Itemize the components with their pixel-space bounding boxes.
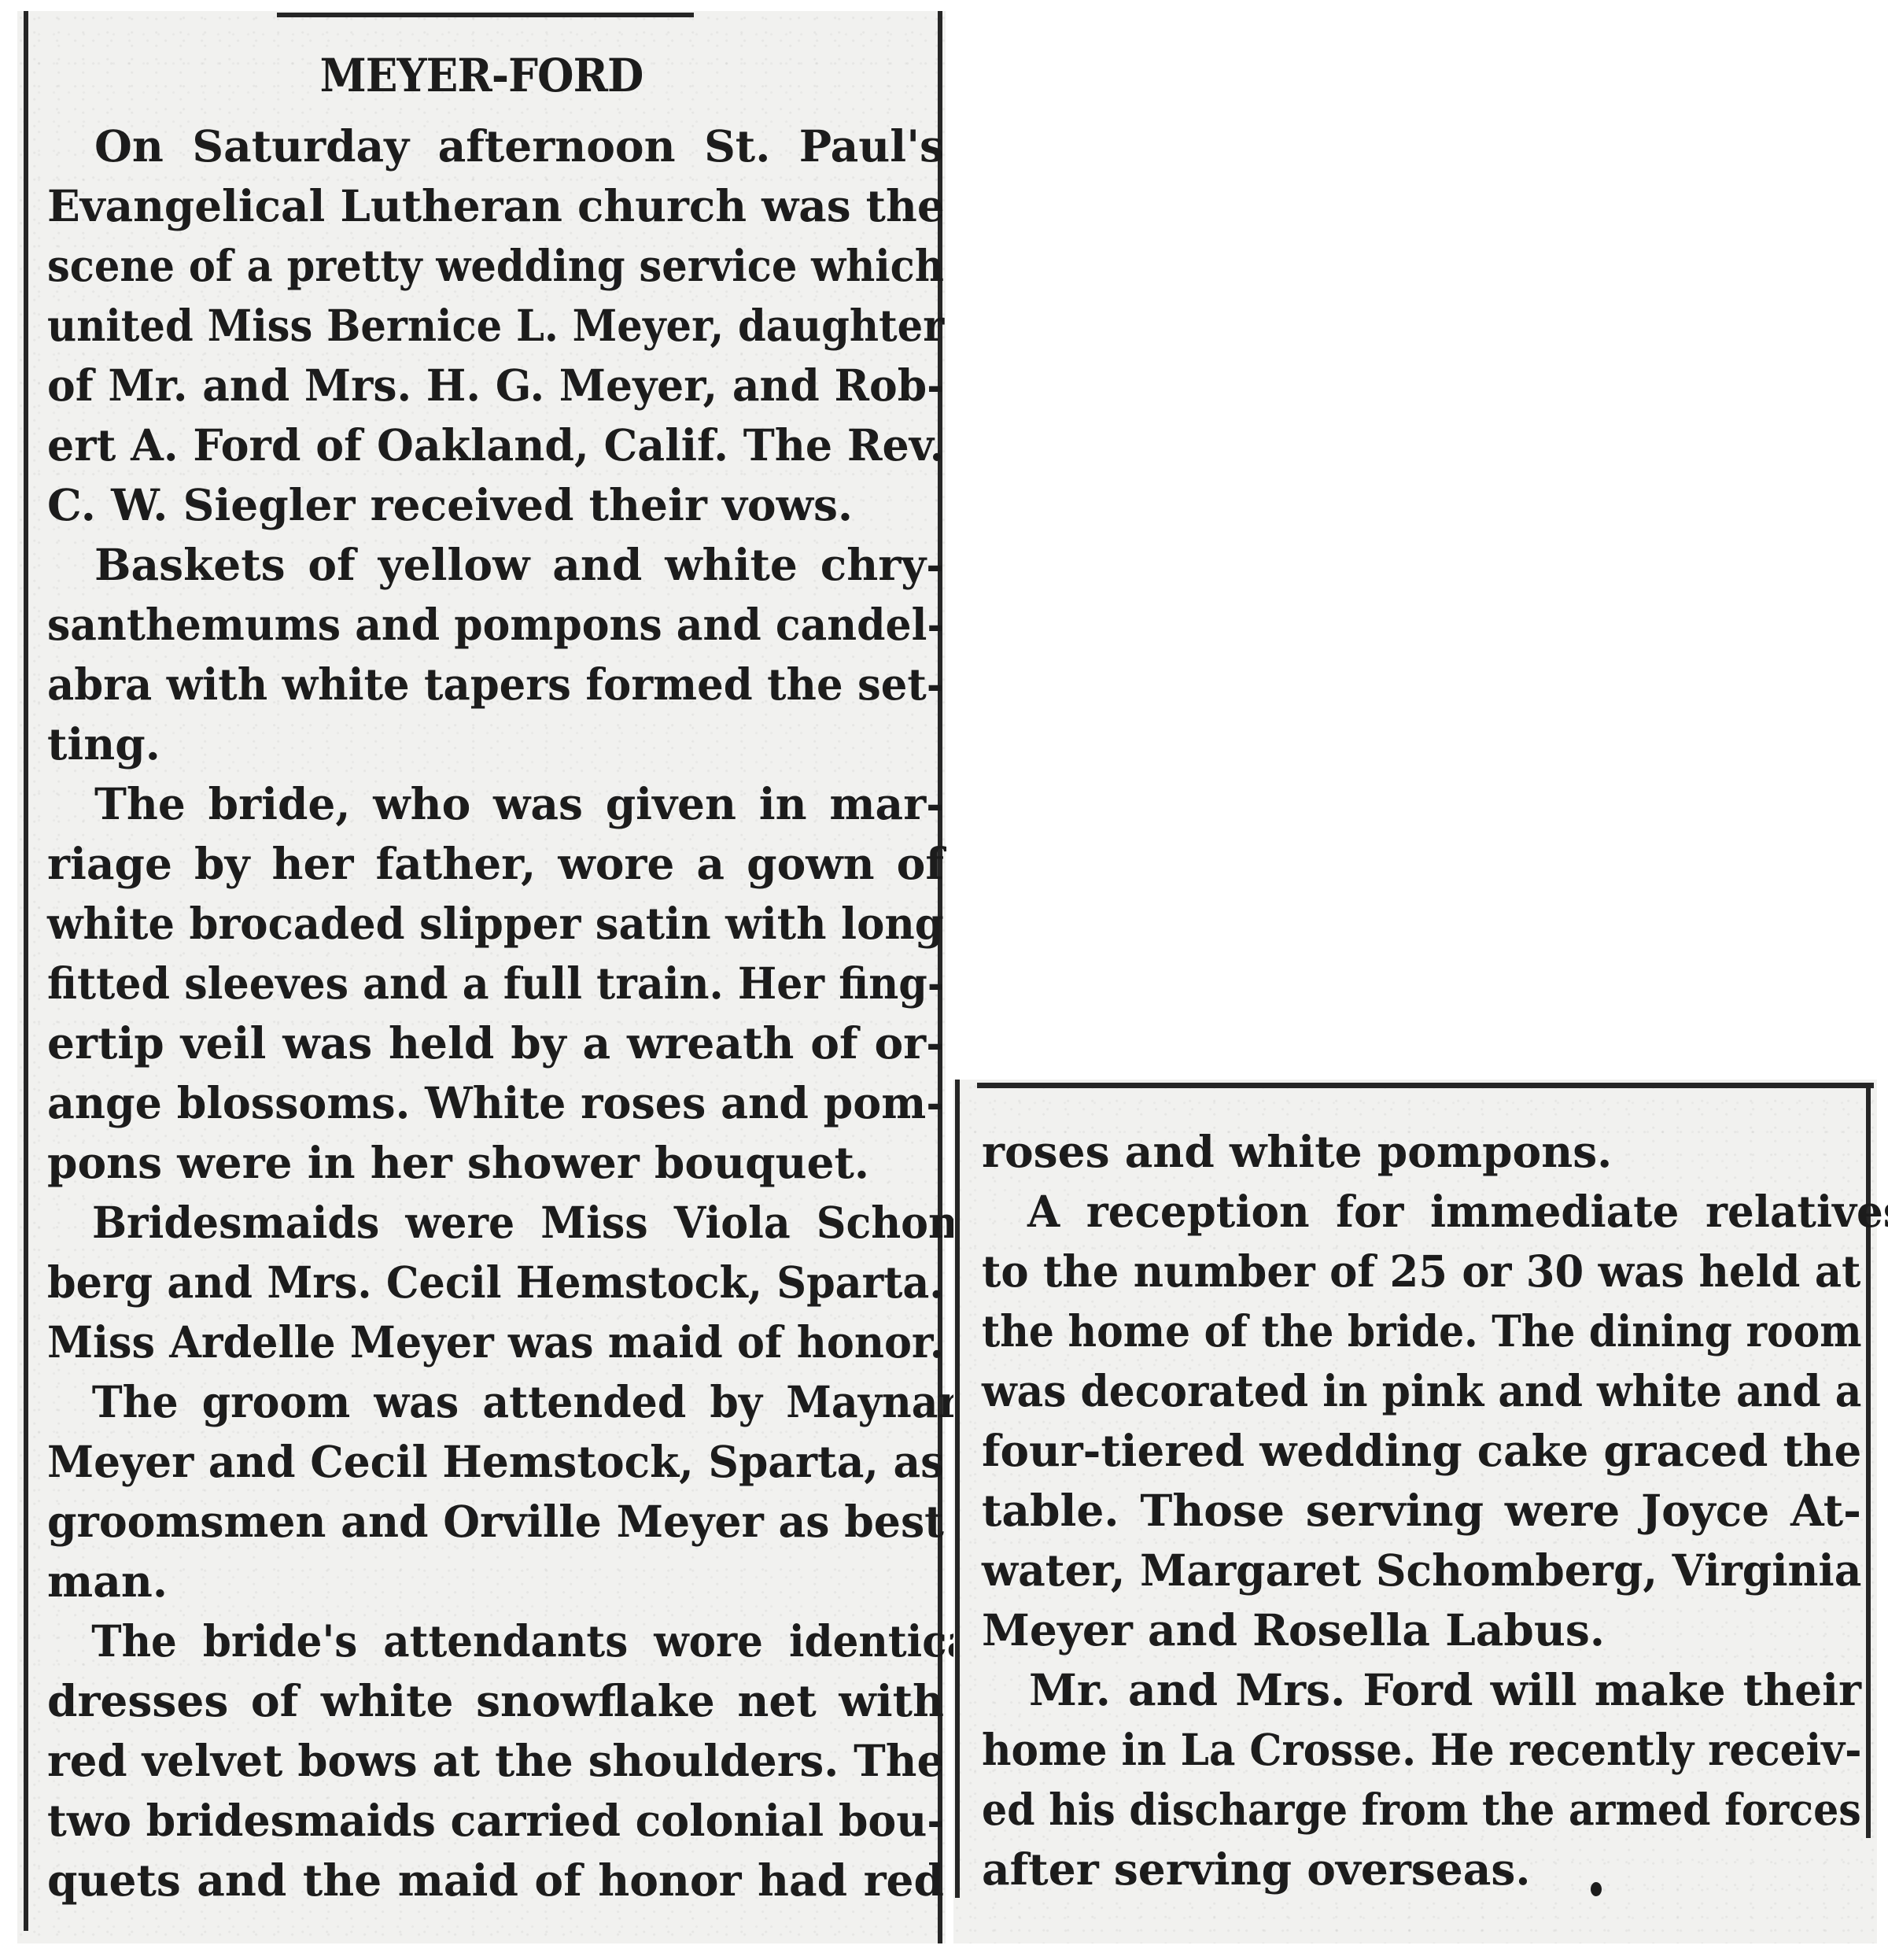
text-line: red velvet bows at the shoulders. The	[47, 1731, 944, 1791]
text-line: ert A. Ford of Oakland, Calif. The Rev.	[47, 415, 944, 475]
text-line: fitted sleeves and a full train. Her fin…	[47, 954, 944, 1013]
text-line: The groom was attended by Maynard	[47, 1372, 988, 1432]
text-line: roses and white pompons.	[982, 1122, 1861, 1182]
text-line: ertip veil was held by a wreath of or-	[47, 1013, 944, 1073]
ink-speck	[1591, 1882, 1602, 1896]
text-line: after serving overseas.	[982, 1840, 1861, 1899]
text-line: united Miss Bernice L. Meyer, daughter	[47, 296, 944, 356]
text-line: the home of the bride. The dining room	[982, 1301, 1861, 1361]
text-line: water, Margaret Schomberg, Virginia	[982, 1541, 1861, 1600]
top-rule	[277, 13, 694, 17]
clipping-right-column: roses and white pompons.A reception for …	[953, 1080, 1877, 1943]
text-line: riage by her father, wore a gown of	[47, 834, 944, 894]
clipping-left-column: MEYER-FORD On Saturday afternoon St. Pau…	[17, 11, 946, 1943]
text-line: groomsmen and Orville Meyer as best	[47, 1492, 944, 1552]
text-line: was decorated in pink and white and a	[982, 1361, 1861, 1421]
text-line: abra with white tapers formed the set-	[47, 655, 944, 714]
article-headline: MEYER-FORD	[54, 49, 909, 102]
text-line: berg and Mrs. Cecil Hemstock, Sparta.	[47, 1253, 944, 1312]
text-line: man.	[47, 1552, 944, 1611]
text-line: Mr. and Mrs. Ford will make their	[982, 1660, 1861, 1720]
text-line: to the number of 25 or 30 was held at	[982, 1242, 1860, 1301]
right-column-rule-left	[955, 1080, 960, 1898]
text-line: On Saturday afternoon St. Paul's	[47, 116, 944, 176]
text-line: two bridesmaids carried colonial bou-	[47, 1791, 944, 1851]
text-line: pons were in her shower bouquet.	[47, 1133, 944, 1193]
text-line: santhemums and pompons and candel-	[47, 595, 944, 655]
left-column-rule-left	[24, 11, 28, 1931]
text-line: The bride's attendants wore identical	[47, 1611, 989, 1671]
text-line: white brocaded slipper satin with long	[47, 894, 944, 954]
text-line: dresses of white snowflake net with	[47, 1671, 944, 1731]
text-line: home in La Crosse. He recently receiv-	[982, 1720, 1861, 1780]
text-line: Baskets of yellow and white chry-	[47, 535, 944, 595]
text-line: ed his discharge from the armed forces	[982, 1780, 1861, 1840]
text-line: scene of a pretty wedding service which	[47, 236, 944, 296]
text-line: four-tiered wedding cake graced the	[982, 1421, 1861, 1481]
text-line: A reception for immediate relatives	[982, 1182, 1888, 1242]
text-line: ange blossoms. White roses and pom-	[47, 1073, 944, 1133]
text-line: The bride, who was given in mar-	[47, 774, 944, 834]
text-line: Evangelical Lutheran church was the	[47, 176, 944, 236]
text-line: ting.	[47, 714, 944, 774]
text-line: C. W. Siegler received their vows.	[47, 475, 944, 535]
article-body-right: roses and white pompons.A reception for …	[982, 1122, 1861, 1899]
text-line: Meyer and Rosella Labus.	[982, 1600, 1861, 1660]
text-line: Meyer and Cecil Hemstock, Sparta, as	[47, 1432, 944, 1492]
text-line: table. Those serving were Joyce At-	[982, 1481, 1861, 1541]
text-line: Bridesmaids were Miss Viola Schom-	[47, 1193, 989, 1253]
article-body-left: On Saturday afternoon St. Paul'sEvangeli…	[47, 116, 944, 1910]
text-line: of Mr. and Mrs. H. G. Meyer, and Rob-	[47, 356, 944, 415]
text-line: Miss Ardelle Meyer was maid of honor.	[47, 1312, 944, 1372]
right-column-top-rule	[977, 1083, 1874, 1088]
text-line: quets and the maid of honor had red	[47, 1851, 944, 1910]
